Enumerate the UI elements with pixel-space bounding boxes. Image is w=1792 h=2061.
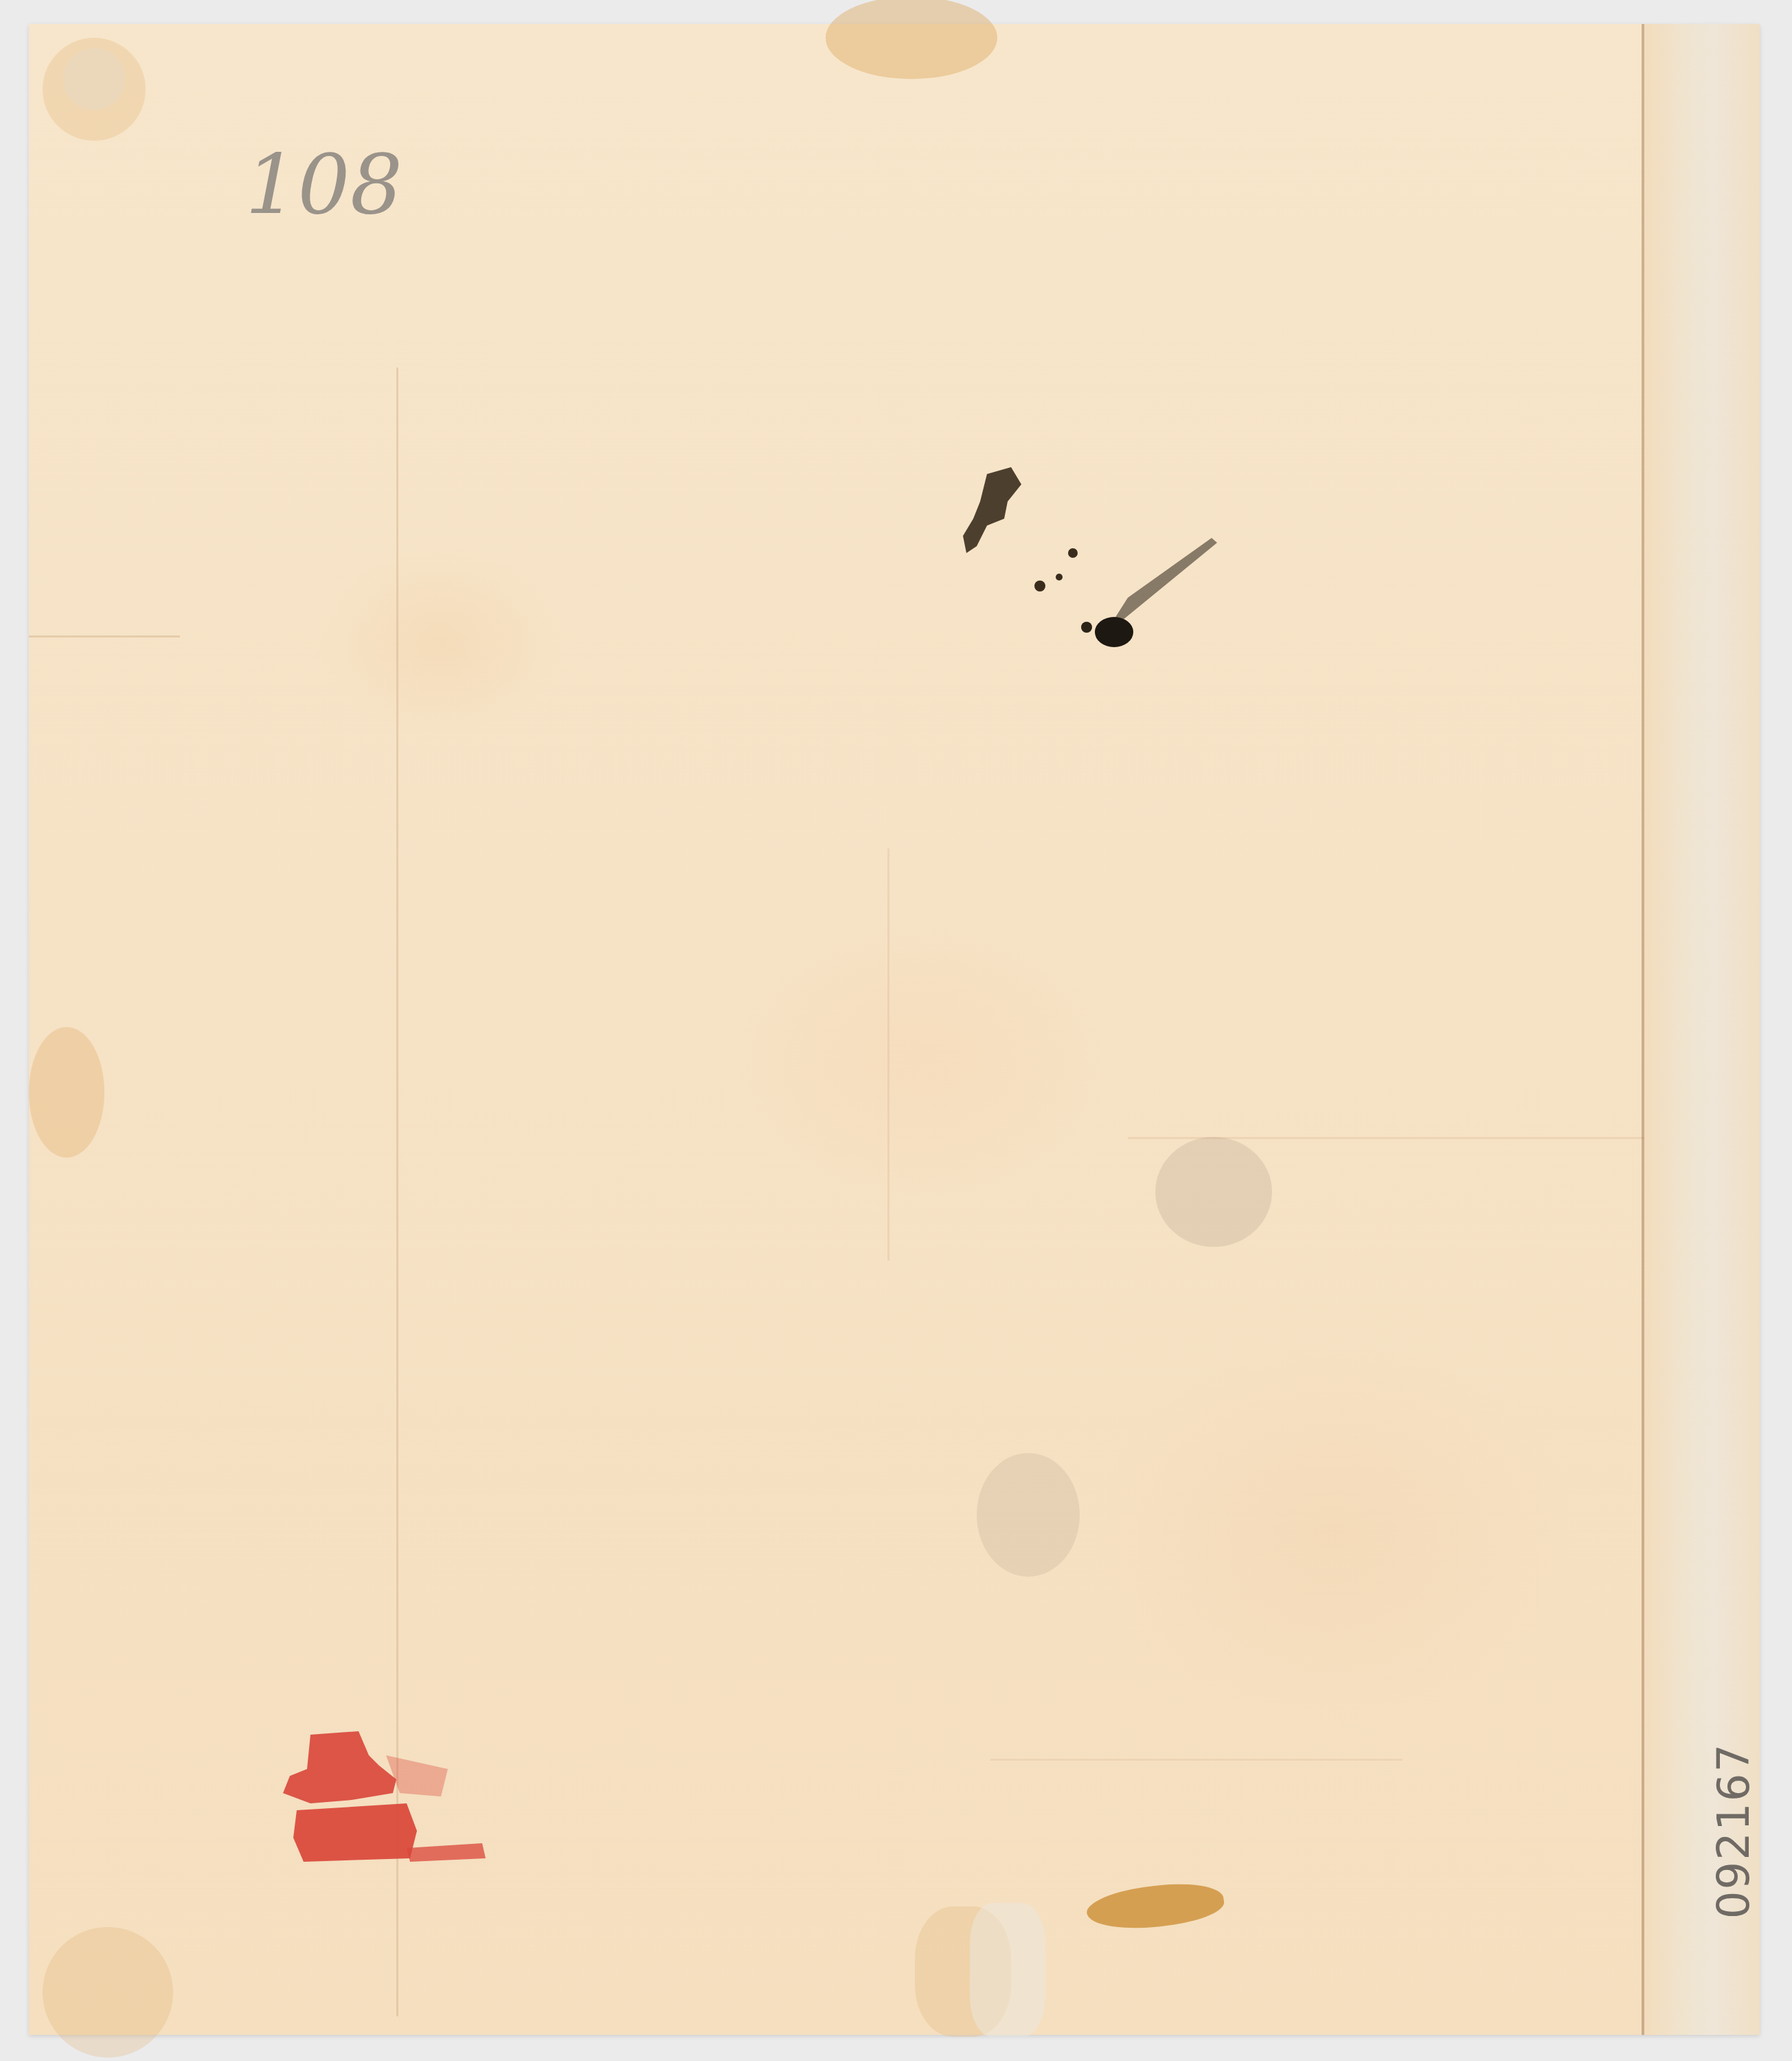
stain-top-left-halo — [43, 38, 146, 141]
graphite-smudge-right — [1155, 1137, 1272, 1247]
fold-line-vertical-center — [887, 848, 889, 1261]
ink-blot-upper — [922, 436, 1265, 677]
stain-left-middle — [29, 1027, 104, 1158]
inventory-number-text: 092167 — [1709, 1743, 1760, 1919]
red-stamp-mark — [269, 1728, 489, 1865]
graphite-smudge-lower — [977, 1453, 1080, 1577]
stain-top-center — [826, 0, 997, 79]
fold-line-horizontal-lower — [990, 1759, 1403, 1761]
paper-sheet: 108 — [29, 24, 1760, 2035]
fold-line-horizontal-upper — [29, 635, 180, 638]
inscription-number-108: 108 — [245, 137, 402, 233]
stain-bottom-center-light — [970, 1903, 1045, 2037]
rust-stain-bottom — [1085, 1876, 1226, 1936]
inventory-number: 092167 — [1707, 1738, 1762, 1924]
mount-hinge-strip — [1644, 24, 1760, 2035]
stain-bottom-left — [43, 1927, 173, 2058]
